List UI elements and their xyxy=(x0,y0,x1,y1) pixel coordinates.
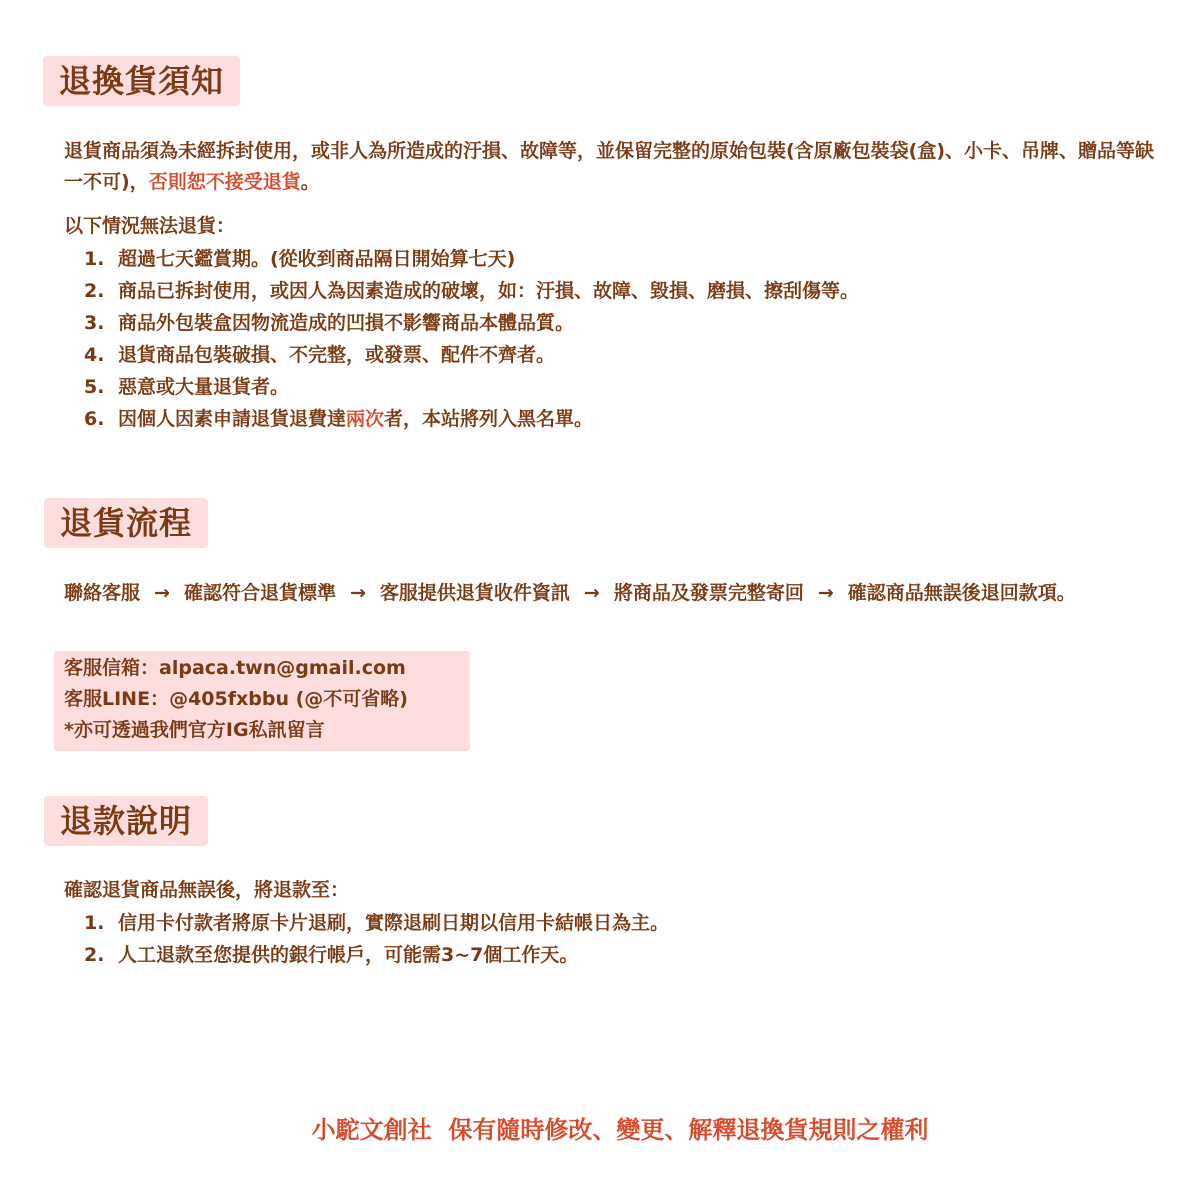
flow-step: 聯絡客服 xyxy=(64,582,140,604)
refund-heading: 確認退貨商品無誤後，將退款至： xyxy=(64,875,1164,906)
intro-warning-text: 否則恕不接受退貨 xyxy=(149,171,301,193)
refund-item: 2.人工退款至您提供的銀行帳戶，可能需3~7個工作天。 xyxy=(84,939,669,971)
flow-step: 客服提供退貨收件資訊 xyxy=(380,582,570,604)
item-text: 者，本站將列入黑名單。 xyxy=(384,408,593,430)
conditions-list: 1.超過七天鑑賞期。(從收到商品隔日開始算七天) 2.商品已拆封使用，或因人為因… xyxy=(84,243,859,435)
condition-item: 5.惡意或大量退貨者。 xyxy=(84,371,859,403)
section-title-return-notice: 退換貨須知 xyxy=(43,56,240,106)
arrow-right-icon: → xyxy=(154,582,170,604)
arrow-right-icon: → xyxy=(584,582,600,604)
line-id[interactable]: @405fxbbu xyxy=(169,688,289,710)
return-process-flow: 聯絡客服→確認符合退貨標準→客服提供退貨收件資訊→將商品及發票完整寄回→確認商品… xyxy=(64,577,1184,610)
item-number: 1. xyxy=(84,243,118,275)
section-title-return-process: 退貨流程 xyxy=(44,498,208,548)
condition-item: 4.退貨商品包裝破損、不完整，或發票、配件不齊者。 xyxy=(84,339,859,371)
condition-item: 1.超過七天鑑賞期。(從收到商品隔日開始算七天) xyxy=(84,243,859,275)
item-number: 5. xyxy=(84,371,118,403)
condition-item: 2.商品已拆封使用，或因人為因素造成的破壞，如：汙損、故障、毀損、磨損、擦刮傷等… xyxy=(84,275,859,307)
item-text: 人工退款至您提供的銀行帳戶，可能需3~7個工作天。 xyxy=(118,944,578,966)
item-number: 2. xyxy=(84,275,118,307)
contact-email-line: 客服信箱：alpaca.twn@gmail.com xyxy=(64,653,470,684)
highlight-text: 兩次 xyxy=(346,408,384,430)
flow-step: 確認符合退貨標準 xyxy=(184,582,336,604)
item-number: 4. xyxy=(84,339,118,371)
conditions-heading: 以下情況無法退貨： xyxy=(64,211,1164,242)
condition-item: 3.商品外包裝盒因物流造成的凹損不影響商品本體品質。 xyxy=(84,307,859,339)
item-number: 2. xyxy=(84,939,118,971)
item-text: 惡意或大量退貨者。 xyxy=(118,376,289,398)
item-text: 商品外包裝盒因物流造成的凹損不影響商品本體品質。 xyxy=(118,312,574,334)
section-title-refund: 退款說明 xyxy=(44,796,208,846)
item-number: 6. xyxy=(84,403,118,435)
return-notice-intro: 退貨商品須為未經拆封使用，或非人為所造成的汙損、故障等，並保留完整的原始包裝(含… xyxy=(64,136,1164,198)
arrow-right-icon: → xyxy=(350,582,366,604)
arrow-right-icon: → xyxy=(818,582,834,604)
refund-item: 1.信用卡付款者將原卡片退刷，實際退刷日期以信用卡結帳日為主。 xyxy=(84,907,669,939)
line-note: (@不可省略) xyxy=(296,688,408,710)
intro-end-text: 。 xyxy=(301,171,320,193)
email-address[interactable]: alpaca.twn@gmail.com xyxy=(159,657,406,679)
item-text: 退貨商品包裝破損、不完整，或發票、配件不齊者。 xyxy=(118,344,555,366)
line-label: 客服LINE： xyxy=(64,688,169,710)
contact-info-box: 客服信箱：alpaca.twn@gmail.com 客服LINE：@405fxb… xyxy=(54,651,470,751)
item-number: 1. xyxy=(84,907,118,939)
flow-step: 確認商品無誤後退回款項。 xyxy=(848,582,1076,604)
condition-item: 6.因個人因素申請退貨退費達兩次者，本站將列入黑名單。 xyxy=(84,403,859,435)
footer-disclaimer: 小駝文創社 保有隨時修改、變更、解釋退換貨規則之權利 xyxy=(0,1112,1200,1148)
item-number: 3. xyxy=(84,307,118,339)
contact-line-line: 客服LINE：@405fxbbu (@不可省略) xyxy=(64,684,470,715)
refund-list: 1.信用卡付款者將原卡片退刷，實際退刷日期以信用卡結帳日為主。 2.人工退款至您… xyxy=(84,907,669,971)
contact-ig-note: *亦可透過我們官方IG私訊留言 xyxy=(64,715,470,746)
item-text: 商品已拆封使用，或因人為因素造成的破壞，如：汙損、故障、毀損、磨損、擦刮傷等。 xyxy=(118,280,859,302)
item-text: 信用卡付款者將原卡片退刷，實際退刷日期以信用卡結帳日為主。 xyxy=(118,912,669,934)
email-label: 客服信箱： xyxy=(64,657,159,679)
item-text: 超過七天鑑賞期。(從收到商品隔日開始算七天) xyxy=(118,248,515,270)
flow-step: 將商品及發票完整寄回 xyxy=(614,582,804,604)
item-text: 因個人因素申請退貨退費達 xyxy=(118,408,346,430)
